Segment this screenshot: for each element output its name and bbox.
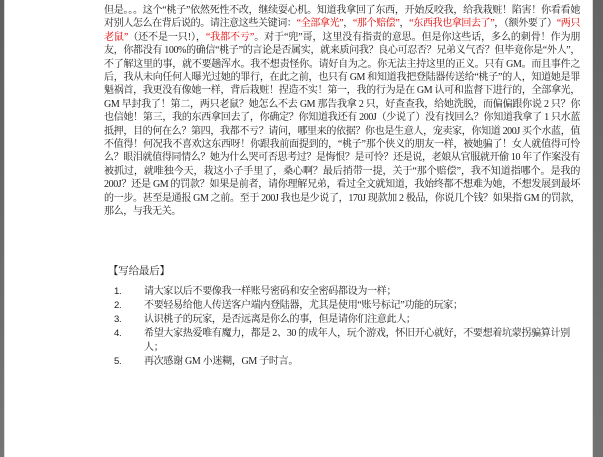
list-item: 4.希望大家热爱唯有魔力，都是 2、30 的成年人，玩个游戏，怀旧开心就好，不要… <box>104 327 580 355</box>
list-item: 5.再次感谢 GM 小迷糊，GM 子时言。 <box>104 355 580 369</box>
body-text: ， <box>343 18 353 29</box>
body-paragraph: 但是。。。这个“桃子”依然死性不改，继续耍心机。知道我拿回了东西，开始反咬我，给… <box>104 4 580 219</box>
closing-heading: 【写给最后】 <box>108 265 580 279</box>
list-item-number: 5. <box>104 355 144 369</box>
list-item: 3.认识桃子的玩家，是否远离是你么的事，但是请你们注意此人； <box>104 313 580 327</box>
body-text: （还不是一只!）， <box>128 32 206 43</box>
closing-list: 1.请大家以后不要像我一样账号密码和安全密码都设为一样；2.不要轻易给他人传送客… <box>104 285 580 369</box>
list-item-number: 1. <box>104 285 144 299</box>
list-item-text: 请大家以后不要像我一样账号密码和安全密码都设为一样； <box>144 285 580 299</box>
highlighted-phrase: “那个赔偿” <box>353 18 400 29</box>
list-item-text: 不要轻易给他人传送客户端内登陆器，尤其是使用“账号标记”功能的玩家； <box>144 299 580 313</box>
closing-section: 【写给最后】 1.请大家以后不要像我一样账号密码和安全密码都设为一样；2.不要轻… <box>104 265 580 369</box>
window-edge-right <box>593 0 603 457</box>
highlighted-phrase: “东西我也拿回去了” <box>409 18 494 29</box>
list-item: 2.不要轻易给他人传送客户端内登陆器，尤其是使用“账号标记”功能的玩家； <box>104 299 580 313</box>
list-item-number: 2. <box>104 299 144 313</box>
list-item: 1.请大家以后不要像我一样账号密码和安全密码都设为一样； <box>104 285 580 299</box>
document-page: 但是。。。这个“桃子”依然死性不改，继续耍心机。知道我拿回了东西，开始反咬我，给… <box>4 0 593 457</box>
list-item-number: 3. <box>104 313 144 327</box>
list-item-number: 4. <box>104 327 144 355</box>
body-text: ， <box>399 18 409 29</box>
body-text: ，（额外要了） <box>494 18 556 29</box>
highlighted-phrase: “全部拿光” <box>297 18 344 29</box>
body-text: 。对于“兜”哥，这里没有指责的意思。但是你这些话，多么的刺骨！作为朋友，你都没有… <box>104 32 580 217</box>
list-item-text: 再次感谢 GM 小迷糊，GM 子时言。 <box>144 355 580 369</box>
list-item-text: 希望大家热爱唯有魔力，都是 2、30 的成年人，玩个游戏，怀旧开心就好，不要想着… <box>144 327 580 355</box>
list-item-text: 认识桃子的玩家，是否远离是你么的事，但是请你们注意此人； <box>144 313 580 327</box>
highlighted-phrase: “我都不亏” <box>206 32 254 43</box>
